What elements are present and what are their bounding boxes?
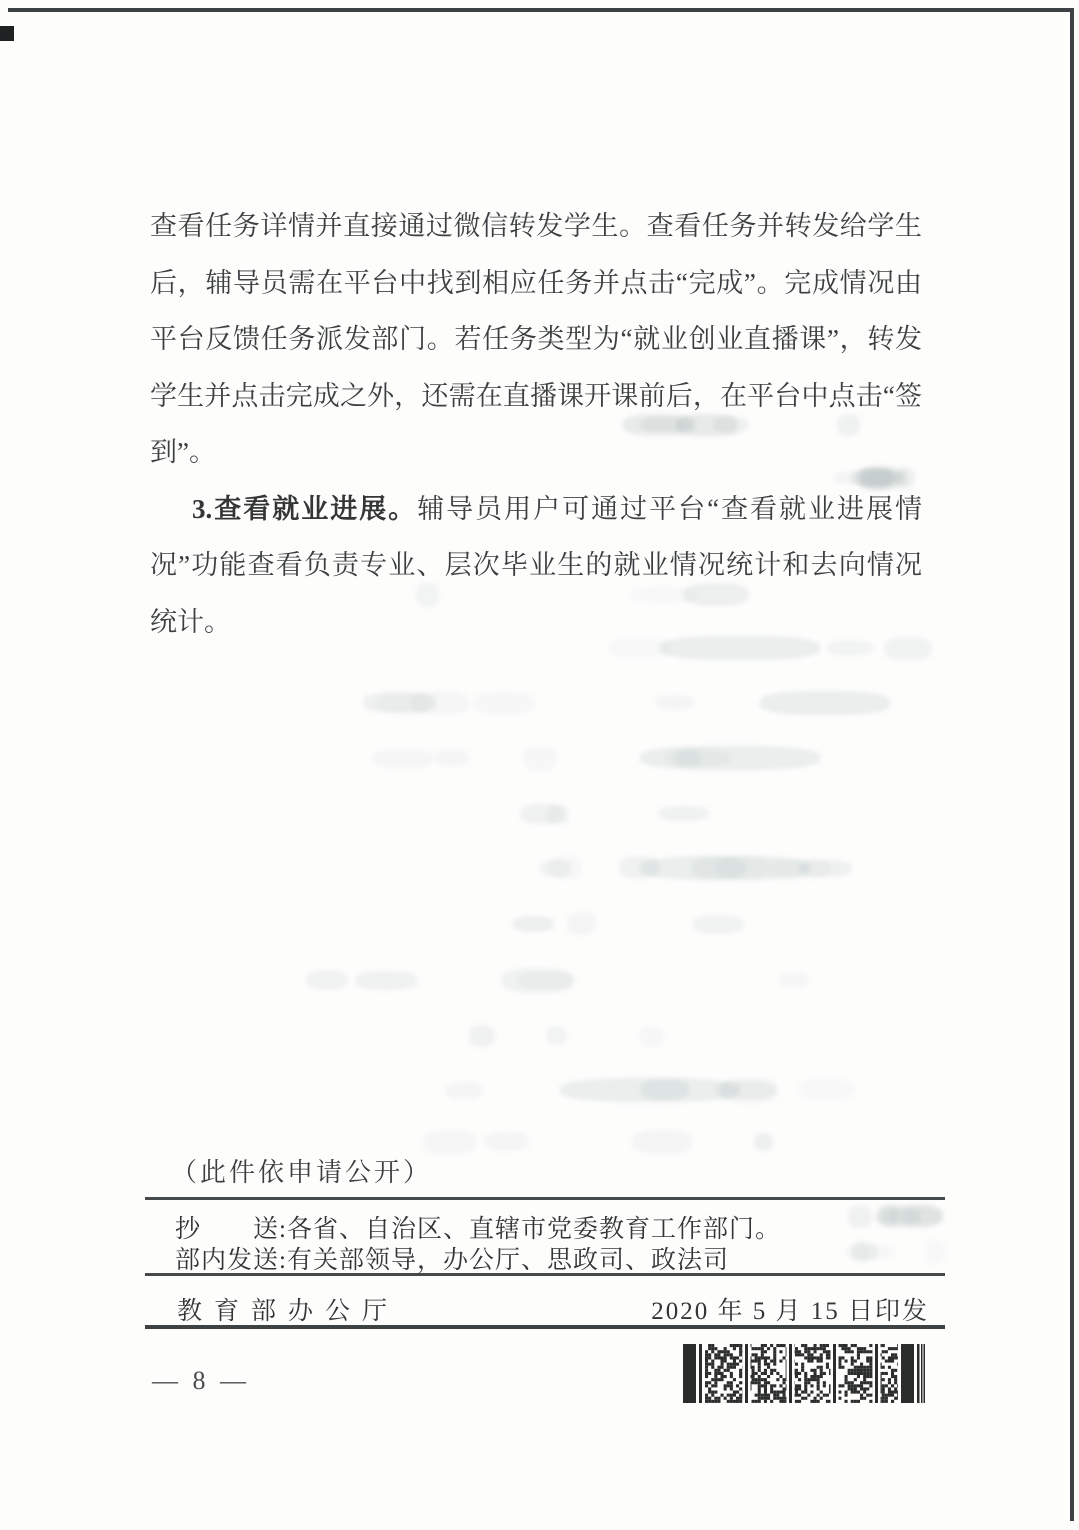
bleedthrough-smudge xyxy=(567,912,596,935)
body-text-line: 学生并点击完成之外，还需在直播课开课前后，在平台中点击“签 xyxy=(150,368,922,425)
bleedthrough-smudge xyxy=(484,1132,529,1151)
bleedthrough-smudge xyxy=(549,856,582,879)
bleedthrough-smudge xyxy=(675,749,701,767)
body-text-line: 平台反馈任务派发部门。若任务类型为“就业创业直播课”，转发 xyxy=(150,311,922,368)
internal-distribution-line: 部内发送:有关部领导，办公厅、思政司、政法司 xyxy=(175,1245,935,1276)
bleedthrough-smudge xyxy=(778,973,809,987)
bleedthrough-smudge xyxy=(665,750,731,766)
bleedthrough-smudge xyxy=(716,856,769,879)
bleedthrough-smudge xyxy=(640,746,820,770)
bleedthrough-smudge xyxy=(799,860,852,877)
scanned-document-page: 查看任务详情并直接通过微信转发学生。查看任务并转发给学生后，辅导员需在平台中找到… xyxy=(0,0,1079,1530)
bleedthrough-smudge xyxy=(355,971,418,990)
bleedthrough-smudge xyxy=(372,749,434,768)
page-number: — 8 — xyxy=(152,1366,250,1396)
bleedthrough-smudge xyxy=(715,1081,776,1099)
bleedthrough-smudge xyxy=(501,968,573,993)
body-text-line: 到”。 xyxy=(150,424,922,481)
bleedthrough-smudge xyxy=(376,694,431,713)
body-text-line: 况”功能查看负责专业、层次毕业生的就业情况统计和去向情况 xyxy=(150,537,922,594)
bleedthrough-smudge xyxy=(619,856,659,879)
barcode xyxy=(683,1344,925,1403)
bleedthrough-smudge xyxy=(546,1026,567,1045)
bleedthrough-smudge xyxy=(435,750,469,766)
bleedthrough-smudge xyxy=(799,1079,855,1100)
bleedthrough-smudge xyxy=(693,915,744,934)
bleedthrough-smudge xyxy=(540,860,571,877)
body-text-line: 查看任务详情并直接通过微信转发学生。查看任务并转发给学生 xyxy=(150,198,922,255)
bleedthrough-smudge xyxy=(632,1130,692,1154)
bleedthrough-smudge xyxy=(640,856,810,880)
bleedthrough-smudge xyxy=(513,916,554,932)
scan-edge-right xyxy=(1070,8,1074,1521)
divider-line-bottom xyxy=(145,1325,945,1329)
bleedthrough-smudge xyxy=(641,1079,689,1100)
bleedthrough-smudge xyxy=(306,970,348,990)
print-date: 2020 年 5 月 15 日印发 xyxy=(651,1291,929,1327)
divider-line-middle xyxy=(145,1273,945,1276)
bleedthrough-smudge xyxy=(473,692,535,715)
document-body: 查看任务详情并直接通过微信转发学生。查看任务并转发给学生后，辅导员需在平台中找到… xyxy=(150,198,922,650)
bleedthrough-smudge xyxy=(754,1133,773,1151)
bleedthrough-smudge xyxy=(692,857,746,879)
bleedthrough-smudge xyxy=(520,804,564,824)
bleedthrough-smudge xyxy=(411,691,469,715)
bleedthrough-smudge xyxy=(363,692,436,713)
paragraph: 3.查看就业进展。辅导员用户可通过平台“查看就业进展情况”功能查看负责专业、层次… xyxy=(150,481,922,651)
scan-edge-top xyxy=(8,8,1073,12)
bleedthrough-smudge xyxy=(469,1025,495,1047)
bleedthrough-smudge xyxy=(658,806,709,821)
body-text-line: 统计。 xyxy=(150,594,922,651)
bleedthrough-smudge xyxy=(768,858,831,879)
bleedthrough-smudge xyxy=(639,1026,664,1047)
body-text-line: 后，辅导员需在平台中找到相应任务并点击“完成”。完成情况由 xyxy=(150,255,922,312)
issuer-row: 教育部办公厅 2020 年 5 月 15 日印发 xyxy=(145,1291,945,1327)
bleedthrough-smudge xyxy=(656,695,694,710)
cc-line: 抄 送:各省、自治区、直辖市党委教育工作部门。 xyxy=(175,1214,935,1245)
bleedthrough-smudge xyxy=(760,691,890,715)
paragraph: 查看任务详情并直接通过微信转发学生。查看任务并转发给学生后，辅导员需在平台中找到… xyxy=(150,198,922,481)
disclosure-note: （此件依申请公开） xyxy=(171,1152,432,1189)
scan-artifact-mark xyxy=(0,26,14,41)
bleedthrough-smudge xyxy=(517,972,576,989)
bleedthrough-smudge xyxy=(523,746,557,771)
bleedthrough-smudge xyxy=(547,805,569,824)
body-text-line: 3.查看就业进展。辅导员用户可通过平台“查看就业进展情 xyxy=(150,481,922,538)
bleedthrough-smudge xyxy=(446,1082,483,1099)
distribution-block: 抄 送:各省、自治区、直辖市党委教育工作部门。 部内发送:有关部领导，办公厅、思… xyxy=(175,1214,935,1276)
issuing-office: 教育部办公厅 xyxy=(177,1291,399,1327)
bleedthrough-smudge xyxy=(560,1078,740,1102)
bleedthrough-smudge xyxy=(721,1078,778,1103)
divider-line-top xyxy=(145,1197,945,1200)
